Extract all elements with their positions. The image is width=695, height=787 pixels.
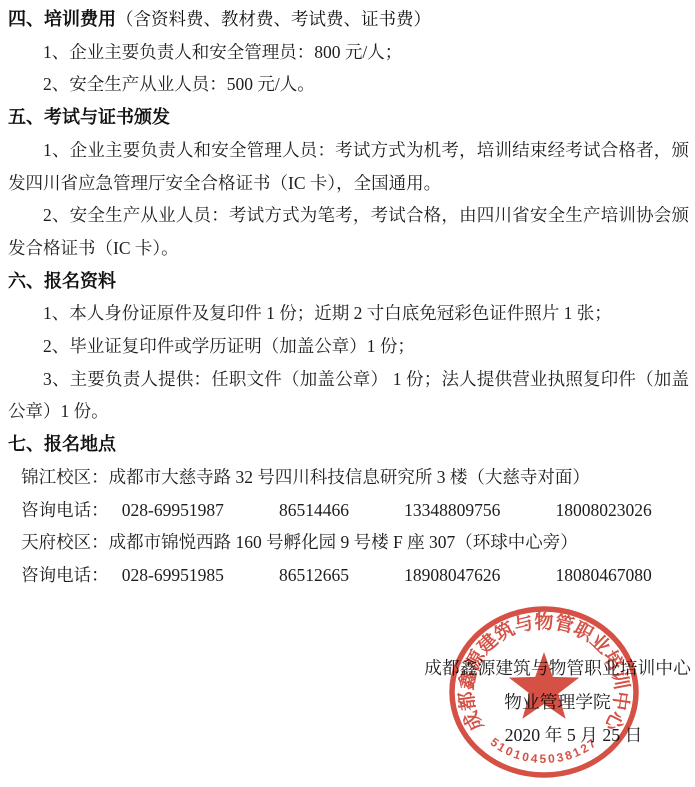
section-4-item-2: 2、安全生产从业人员：500 元/人。 bbox=[8, 68, 689, 101]
signature-org-name: 成都鑫源建筑与物管职业培训中心 bbox=[420, 652, 695, 686]
campus-2-address-line: 天府校区：成都市锦悦西路 160 号孵化园 9 号楼 F 座 307（环球中心旁… bbox=[8, 526, 689, 559]
signature-date: 2020 年 5 月 25 日 bbox=[436, 719, 695, 753]
section-6-heading: 六、报名资料 bbox=[8, 265, 689, 298]
campus-2-address: 成都市锦悦西路 160 号孵化园 9 号楼 F 座 307（环球中心旁） bbox=[109, 532, 578, 552]
section-4-heading-note: （含资料费、教材费、考试费、证书费） bbox=[116, 9, 431, 29]
phone-number: 86514466 bbox=[266, 494, 349, 527]
section-7-heading: 七、报名地点 bbox=[8, 428, 689, 461]
phone-number: 18908047626 bbox=[391, 559, 500, 592]
document-body: 四、培训费用（含资料费、教材费、考试费、证书费） 1、企业主要负责人和安全管理员… bbox=[0, 0, 695, 592]
section-5-item-2: 2、安全生产从业人员：考试方式为笔考，考试合格，由四川省安全生产培训协会颁发合格… bbox=[8, 199, 689, 264]
campus-2-phone-line: 咨询电话：028-6995198586512665189080476261808… bbox=[8, 559, 689, 592]
campus-1-phone-line: 咨询电话：028-6995198786514466133488097561800… bbox=[8, 494, 689, 527]
section-6-item-3: 3、主要负责人提供：任职文件（加盖公章） 1 份；法人提供营业执照复印件（加盖公… bbox=[8, 363, 689, 428]
phone-number: 86512665 bbox=[266, 559, 349, 592]
signature-block: 成都鑫源建筑与物管职业培训中心 物业管理学院 2020 年 5 月 25 日 bbox=[420, 652, 695, 753]
section-4-item-1: 1、企业主要负责人和安全管理员：800 元/人； bbox=[8, 36, 689, 69]
phone-1-label: 咨询电话： bbox=[21, 500, 109, 520]
campus-1-label: 锦江校区： bbox=[21, 467, 109, 487]
section-4-title: 四、培训费用 bbox=[8, 9, 116, 29]
campus-2-label: 天府校区： bbox=[21, 532, 109, 552]
section-4-heading: 四、培训费用（含资料费、教材费、考试费、证书费） bbox=[8, 3, 689, 36]
phone-number: 18008023026 bbox=[542, 494, 651, 527]
signature-org-subname: 物业管理学院 bbox=[420, 686, 695, 720]
campus-1-address-line: 锦江校区：成都市大慈寺路 32 号四川科技信息研究所 3 楼（大慈寺对面） bbox=[8, 461, 689, 494]
section-6-item-2: 2、毕业证复印件或学历证明（加盖公章）1 份； bbox=[8, 330, 689, 363]
phone-number: 13348809756 bbox=[391, 494, 500, 527]
phone-number: 028-69951985 bbox=[109, 559, 224, 592]
phone-number: 18080467080 bbox=[542, 559, 651, 592]
phone-2-label: 咨询电话： bbox=[21, 565, 109, 585]
phone-number: 028-69951987 bbox=[109, 494, 224, 527]
section-5-heading: 五、考试与证书颁发 bbox=[8, 101, 689, 134]
section-6-item-1: 1、本人身份证原件及复印件 1 份；近期 2 寸白底免冠彩色证件照片 1 张； bbox=[8, 297, 689, 330]
document-page: 四、培训费用（含资料费、教材费、考试费、证书费） 1、企业主要负责人和安全管理员… bbox=[0, 0, 695, 787]
campus-1-address: 成都市大慈寺路 32 号四川科技信息研究所 3 楼（大慈寺对面） bbox=[109, 467, 590, 487]
section-5-item-1: 1、企业主要负责人和安全管理人员：考试方式为机考，培训结束经考试合格者，颁发四川… bbox=[8, 134, 689, 199]
